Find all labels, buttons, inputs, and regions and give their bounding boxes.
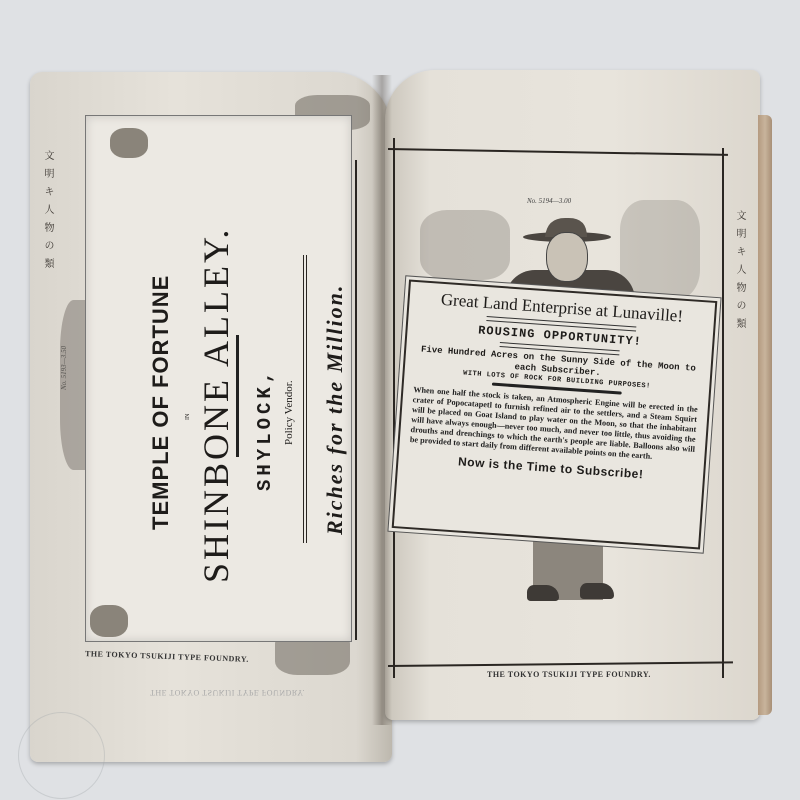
background-vignette-left: [420, 210, 510, 280]
left-side-label: 文明キ人物の類: [40, 150, 55, 276]
double-rule-a: [303, 255, 304, 543]
left-boot-illustration: [527, 585, 559, 601]
hand-top: [110, 128, 148, 158]
scroll-text-riches: Riches for the Million.: [322, 284, 348, 535]
right-frame-left: [393, 138, 395, 678]
left-frame-line: [355, 160, 357, 640]
advertisement-sign: Great Land Enterprise at Lunaville! ROUS…: [392, 280, 718, 550]
background-vignette-right: [620, 200, 700, 300]
scroll-text-policy-vendor: Policy Vendor.: [283, 380, 295, 445]
scroll-text-in: IN: [185, 414, 191, 420]
scroll-text-temple: TEMPLE OF FORTUNE: [148, 275, 174, 530]
wavy-divider: [236, 335, 239, 457]
book-gutter: [372, 75, 392, 725]
scroll-text-shylock: SHYLOCK,: [254, 368, 276, 491]
right-plate-number: No. 5194—3.00: [527, 197, 571, 205]
show-through-text: THE TOKYO TSUKIJI TYPE FOUNDRY.: [150, 688, 305, 697]
scroll-text-shinbone: SHINBONE ALLEY.: [195, 227, 237, 583]
right-side-label: 文明キ人物の類: [732, 210, 747, 336]
double-rule-b: [306, 255, 307, 543]
seal-stamp-watermark: [18, 712, 105, 799]
right-frame-right: [722, 148, 724, 678]
page-edges: [758, 115, 772, 715]
hand-bottom: [90, 605, 128, 637]
right-footer: THE TOKYO TSUKIJI TYPE FOUNDRY.: [487, 670, 651, 679]
man-face-illustration: [546, 232, 588, 282]
right-boot-illustration: [580, 583, 614, 599]
